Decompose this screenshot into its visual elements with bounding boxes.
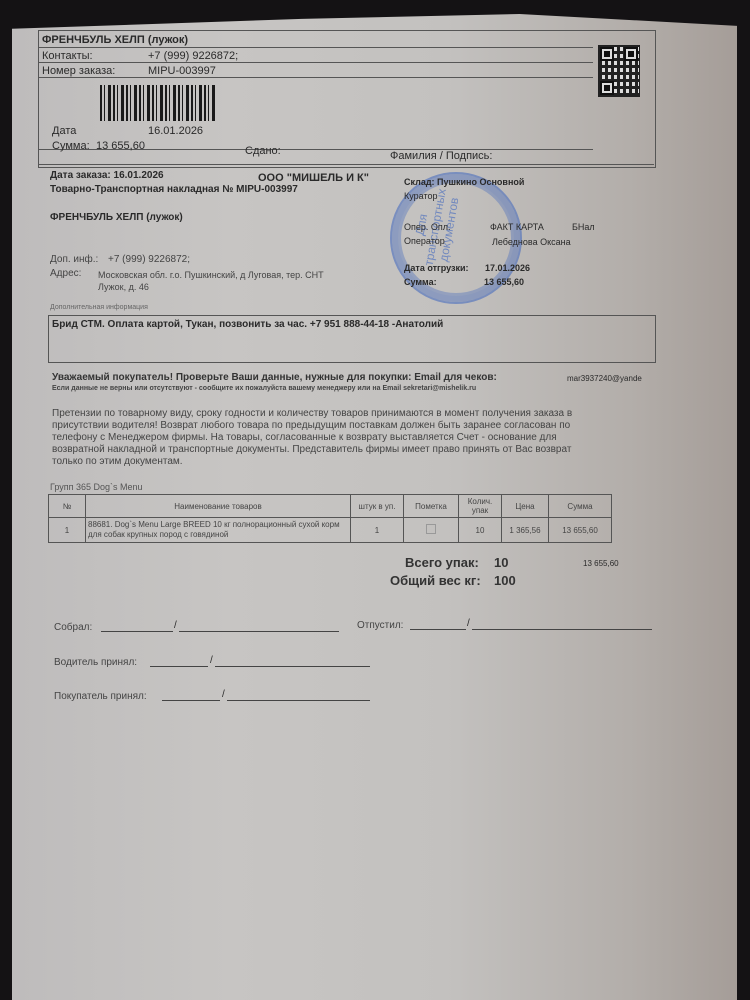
table-header-row: № Наименование товаров штук в уп. Пометк…: [49, 495, 612, 518]
address-line1: Московская обл. г.о. Пушкинский, д Лугов…: [98, 270, 324, 280]
notice-line-5: только по этим документам.: [52, 456, 183, 468]
notice-line-2: присутствии водителя! Возврат любого тов…: [52, 420, 570, 432]
payment-type: БНал: [572, 222, 595, 232]
product-group: Групп 365 Dog`s Menu: [50, 482, 143, 492]
operator-label: Оператор: [404, 236, 445, 246]
notice-line-1: Претензии по товарному виду, сроку годно…: [52, 408, 572, 420]
qr-code-icon: [598, 45, 640, 97]
waybill-customer: ФРЕНЧБУЛЬ ХЕЛП (лужок): [50, 212, 183, 223]
row-per-pack: 1: [351, 518, 404, 543]
total-packs-value: 10: [494, 555, 508, 570]
notice-heading: Уважаемый покупатель! Проверьте Ваши дан…: [52, 372, 497, 383]
sum-value: 13 655,60: [96, 140, 145, 152]
additional-info-label: Дополнительная информация: [50, 304, 148, 311]
buyer-name-line[interactable]: [227, 700, 370, 701]
payment-value: ФАКТ КАРТА: [490, 222, 544, 232]
row-number: 1: [49, 518, 86, 543]
order-label: Номер заказа:: [42, 65, 115, 77]
buyer-sign-line[interactable]: [162, 700, 220, 701]
contacts-value: +7 (999) 9226872;: [148, 50, 238, 62]
address-label: Адрес:: [50, 268, 81, 279]
company-name: ООО "МИШЕЛЬ И К": [258, 172, 369, 184]
handed-label: Сдано:: [245, 145, 281, 157]
col-per-pack: штук в уп.: [351, 495, 404, 518]
released-sign-line[interactable]: [410, 629, 466, 630]
ship-date-label: Дата отгрузки:: [404, 263, 469, 273]
col-number: №: [49, 495, 86, 518]
waybill-title: Товарно-Транспортная накладная № MIPU-00…: [50, 184, 298, 195]
curator-label: Куратор: [404, 191, 438, 201]
col-mark: Пометка: [404, 495, 459, 518]
notice-subheading: Если данные не верны или отсутствуют - с…: [52, 385, 476, 392]
col-price: Цена: [502, 495, 549, 518]
additional-info-text: Брид СТМ. Оплата картой, Тукан, позвонит…: [52, 319, 443, 330]
items-table: № Наименование товаров штук в уп. Пометк…: [48, 494, 612, 543]
row-name: 88681. Dog`s Menu Large BREED 10 кг полн…: [86, 518, 351, 543]
barcode-icon: [100, 85, 215, 121]
driver-sign-line[interactable]: [150, 666, 208, 667]
operator-value: Лебеднова Оксана: [492, 237, 571, 247]
notice-line-3: телефону с Менеджером фирмы. На товары, …: [52, 432, 557, 444]
buyer-label: Покупатель принял:: [54, 691, 147, 702]
released-name-line[interactable]: [472, 629, 652, 630]
col-qty: Колич. упак: [459, 495, 502, 518]
total-weight-label: Общий вес кг:: [390, 573, 481, 588]
date-label: Дата: [52, 125, 76, 137]
extra-info-label: Доп. инф.:: [50, 254, 98, 265]
contacts-label: Контакты:: [42, 50, 93, 62]
row-qty: 10: [459, 518, 502, 543]
payment-label: Опер. Опл.: [404, 222, 451, 232]
collected-name-line[interactable]: [179, 631, 339, 632]
header-customer: ФРЕНЧБУЛЬ ХЕЛП (лужок): [42, 34, 188, 46]
total-packs-label: Всего упак:: [405, 555, 479, 570]
mark-checkbox[interactable]: [426, 524, 436, 534]
ship-sum-value: 13 655,60: [484, 277, 524, 287]
collected-sign-line[interactable]: [101, 631, 173, 632]
total-sum: 13 655,60: [583, 559, 619, 568]
row-sum: 13 655,60: [549, 518, 612, 543]
extra-info-value: +7 (999) 9226872;: [108, 254, 190, 265]
signature-label: Фамилия / Подпись:: [390, 150, 492, 162]
address-line2: Лужок, д. 46: [98, 282, 149, 292]
total-weight-value: 100: [494, 573, 516, 588]
col-sum: Сумма: [549, 495, 612, 518]
released-label: Отпустил:: [357, 620, 403, 631]
row-mark[interactable]: [404, 518, 459, 543]
order-date: Дата заказа: 16.01.2026: [50, 170, 164, 181]
receipt-email: mar3937240@yande: [567, 374, 642, 383]
row-price: 1 365,56: [502, 518, 549, 543]
driver-label: Водитель принял:: [54, 657, 137, 668]
notice-line-4: возвратной накладной и транспортные доку…: [52, 444, 571, 456]
driver-name-line[interactable]: [215, 666, 370, 667]
ship-sum-label: Сумма:: [404, 277, 437, 287]
order-value: MIPU-003997: [148, 65, 216, 77]
ship-date-value: 17.01.2026: [485, 263, 530, 273]
date-value: 16.01.2026: [148, 125, 203, 137]
warehouse: Склад: Пушкино Основной: [404, 177, 524, 187]
col-name: Наименование товаров: [86, 495, 351, 518]
sum-label: Сумма:: [52, 140, 90, 152]
table-row: 1 88681. Dog`s Menu Large BREED 10 кг по…: [49, 518, 612, 543]
collected-label: Собрал:: [54, 622, 92, 633]
